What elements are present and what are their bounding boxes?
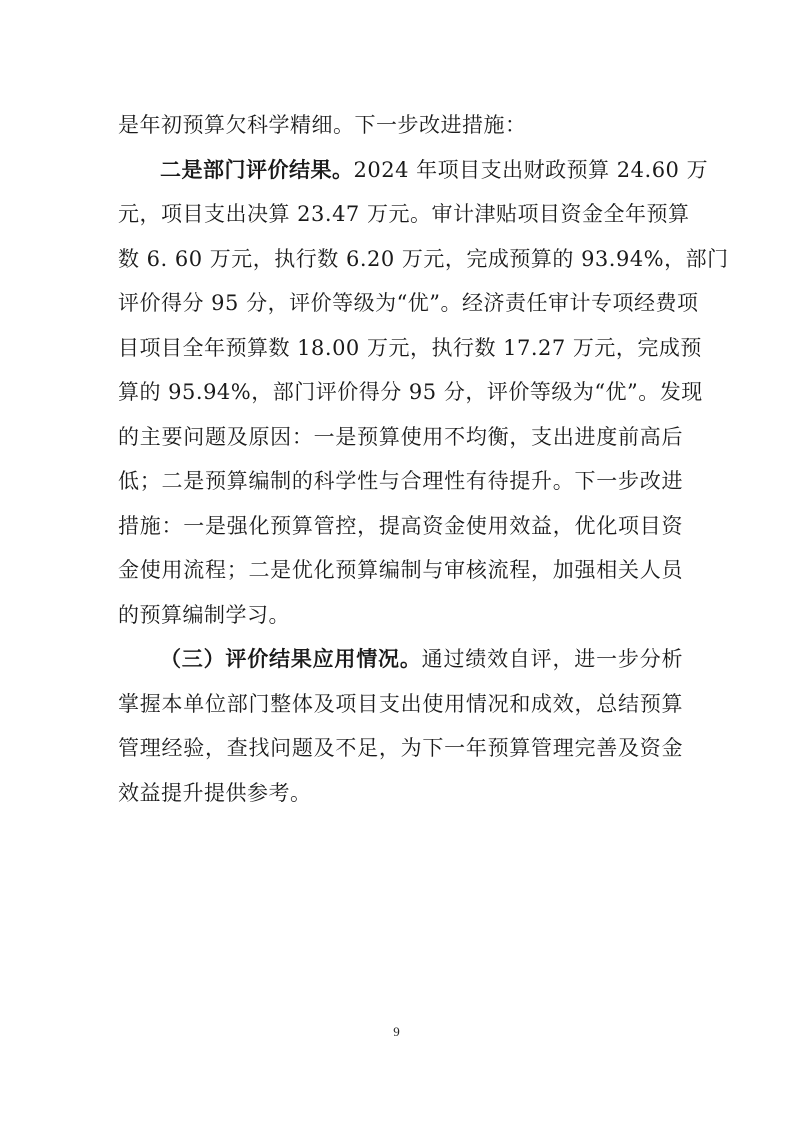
paragraph-evaluation-application: （三）评价结果应用情况。通过绩效自评，进一步分析	[118, 637, 683, 682]
text-line-8: 的主要问题及原因：一是预算使用不均衡，支出进度前高后	[118, 415, 683, 460]
line-text: 评价得分 95 分，评价等级为“优”。经济责任审计专项经费项	[118, 291, 699, 315]
line-text: 通过绩效自评，进一步分析	[422, 647, 683, 671]
text-line-11: 金使用流程；二是优化预算编制与审核流程，加强相关人员	[118, 548, 683, 593]
line-text: 的主要问题及原因：一是预算使用不均衡，支出进度前高后	[118, 425, 683, 449]
line-text: 元，项目支出决算 23.47 万元。审计津贴项目资金全年预算	[118, 202, 689, 226]
section-heading: （三）评价结果应用情况。	[160, 647, 422, 671]
text-line-5: 评价得分 95 分，评价等级为“优”。经济责任审计专项经费项	[118, 281, 683, 326]
line-text: 数 6. 60 万元，执行数 6.20 万元，完成预算的 93.94%，部门	[118, 247, 729, 271]
paragraph-department-evaluation-results: 二是部门评价结果。2024 年项目支出财政预算 24.60 万	[118, 148, 683, 193]
line-text: 2024 年项目支出财政预算 24.60 万	[354, 158, 709, 182]
page-number: 9	[0, 1024, 793, 1040]
text-line-7: 算的 95.94%，部门评价得分 95 分，评价等级为“优”。发现	[118, 370, 683, 415]
text-line-6: 目项目全年预算数 18.00 万元，执行数 17.27 万元，完成预	[118, 326, 683, 371]
line-text: 算的 95.94%，部门评价得分 95 分，评价等级为“优”。发现	[118, 380, 703, 404]
text-line-15: 管理经验，查找问题及不足，为下一年预算管理完善及资金	[118, 726, 683, 771]
text-line-3: 元，项目支出决算 23.47 万元。审计津贴项目资金全年预算	[118, 192, 683, 237]
line-text: 措施：一是强化预算管控，提高资金使用效益，优化项目资	[118, 514, 683, 538]
line-text: 金使用流程；二是优化预算编制与审核流程，加强相关人员	[118, 558, 683, 582]
line-text: 低；二是预算编制的科学性与合理性有待提升。下一步改进	[118, 469, 683, 493]
text-line-10: 措施：一是强化预算管控，提高资金使用效益，优化项目资	[118, 504, 683, 549]
text-line-12: 的预算编制学习。	[118, 593, 683, 638]
text-line-1: 是年初预算欠科学精细。下一步改进措施：	[118, 103, 683, 148]
text-line-14: 掌握本单位部门整体及项目支出使用情况和成效，总结预算	[118, 682, 683, 727]
paragraph-heading: 二是部门评价结果。	[160, 158, 354, 182]
text-line-4: 数 6. 60 万元，执行数 6.20 万元，完成预算的 93.94%，部门	[118, 237, 683, 282]
line-text: 目项目全年预算数 18.00 万元，执行数 17.27 万元，完成预	[118, 336, 702, 360]
line-text: 效益提升提供参考。	[118, 781, 312, 805]
line-text: 的预算编制学习。	[118, 603, 290, 627]
line-text: 掌握本单位部门整体及项目支出使用情况和成效，总结预算	[118, 692, 683, 716]
text-line-9: 低；二是预算编制的科学性与合理性有待提升。下一步改进	[118, 459, 683, 504]
document-body: 是年初预算欠科学精细。下一步改进措施： 二是部门评价结果。2024 年项目支出财…	[118, 103, 683, 815]
line-text: 是年初预算欠科学精细。下一步改进措施：	[118, 113, 527, 137]
text-line-16: 效益提升提供参考。	[118, 771, 683, 816]
line-text: 管理经验，查找问题及不足，为下一年预算管理完善及资金	[118, 736, 683, 760]
